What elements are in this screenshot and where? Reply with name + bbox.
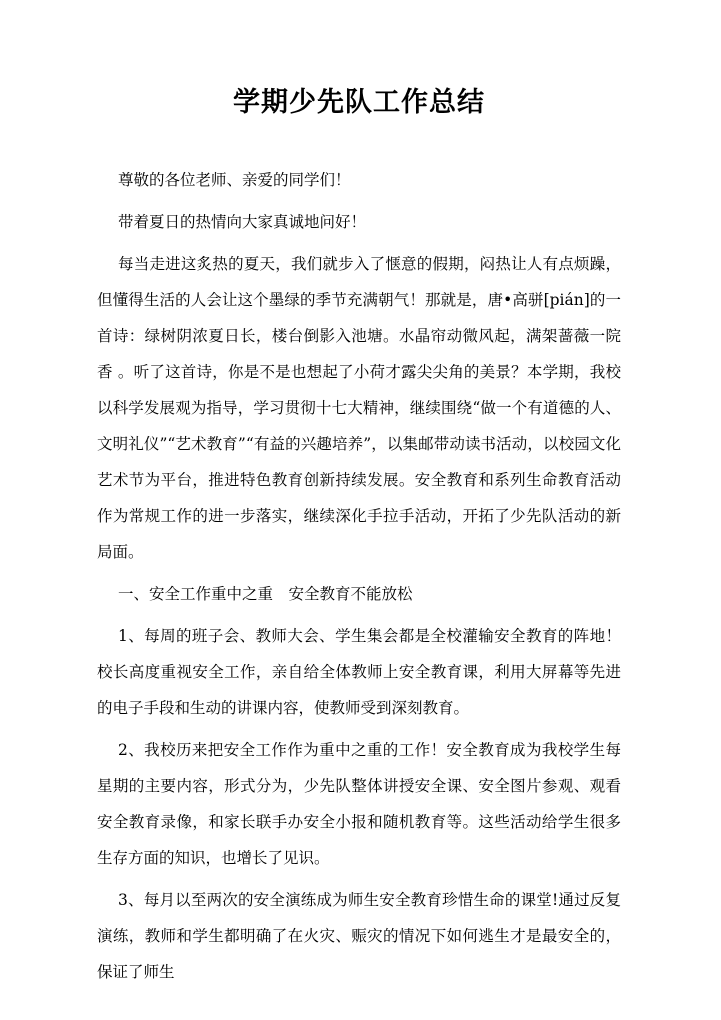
paragraph-greeting: 尊敬的各位老师、亲爱的同学们！ xyxy=(97,162,621,198)
paragraph-item-3: 3、每月以至两次的安全演练成为师生安全教育珍惜生命的课堂!通过反复演练，教师和学… xyxy=(97,882,621,990)
paragraph-item-1: 1、每周的班子会、教师大会、学生集会都是全校灌输安全教育的阵地！校长高度重视安全… xyxy=(97,618,621,726)
document-title: 学期少先队工作总结 xyxy=(97,85,621,121)
section-heading-safety: 一、安全工作重中之重 安全教育不能放松 xyxy=(97,576,621,612)
paragraph-item-2: 2、我校历来把安全工作作为重中之重的工作！安全教育成为我校学生每星期的主要内容，… xyxy=(97,732,621,876)
paragraph-intro: 每当走进这炙热的夏天，我们就步入了惬意的假期，闷热让人有点烦躁，但懂得生活的人会… xyxy=(97,246,621,570)
document-page: 学期少先队工作总结 尊敬的各位老师、亲爱的同学们！ 带着夏日的热情向大家真诚地问… xyxy=(0,0,721,1020)
paragraph-hello: 带着夏日的热情向大家真诚地问好！ xyxy=(97,204,621,240)
